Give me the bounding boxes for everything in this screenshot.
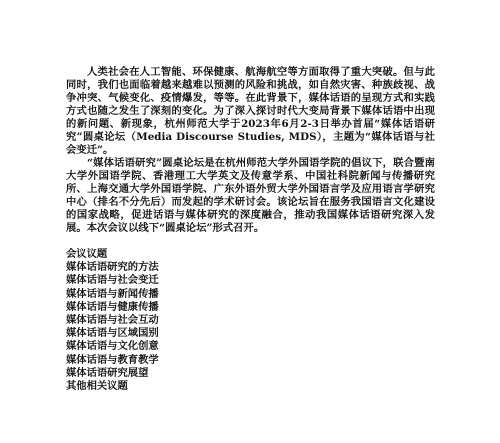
intro-paragraph: 人类社会在人工智能、环保健康、航海航空等方面取得了重大突破。但与此同时，我们也面…: [66, 66, 435, 157]
topic-item: 媒体话语与新闻传播: [66, 288, 435, 301]
document-body: 人类社会在人工智能、环保健康、航海航空等方面取得了重大突破。但与此同时，我们也面…: [66, 66, 435, 393]
topics-heading: 会议议题: [66, 248, 435, 261]
topic-item: 媒体话语与教育教学: [66, 354, 435, 367]
topic-item: 媒体话语与文化创意: [66, 340, 435, 353]
topics-list: 媒体话语研究的方法 媒体话语与社会变迁 媒体话语与新闻传播 媒体话语与健康传播 …: [66, 261, 435, 393]
topic-item: 媒体话语研究展望: [66, 367, 435, 380]
topic-item: 媒体话语与区域国别: [66, 327, 435, 340]
topic-item: 媒体话语研究的方法: [66, 261, 435, 274]
topic-item: 媒体话语与社会变迁: [66, 274, 435, 287]
topic-item: 其他相关议题: [66, 380, 435, 393]
forum-paragraph: “媒体话语研究”圆桌论坛是在杭州师范大学外国语学院的倡议下，联合暨南大学外国语学…: [66, 157, 435, 235]
topic-item: 媒体话语与社会互动: [66, 314, 435, 327]
topic-item: 媒体话语与健康传播: [66, 301, 435, 314]
spacer: [66, 235, 435, 248]
